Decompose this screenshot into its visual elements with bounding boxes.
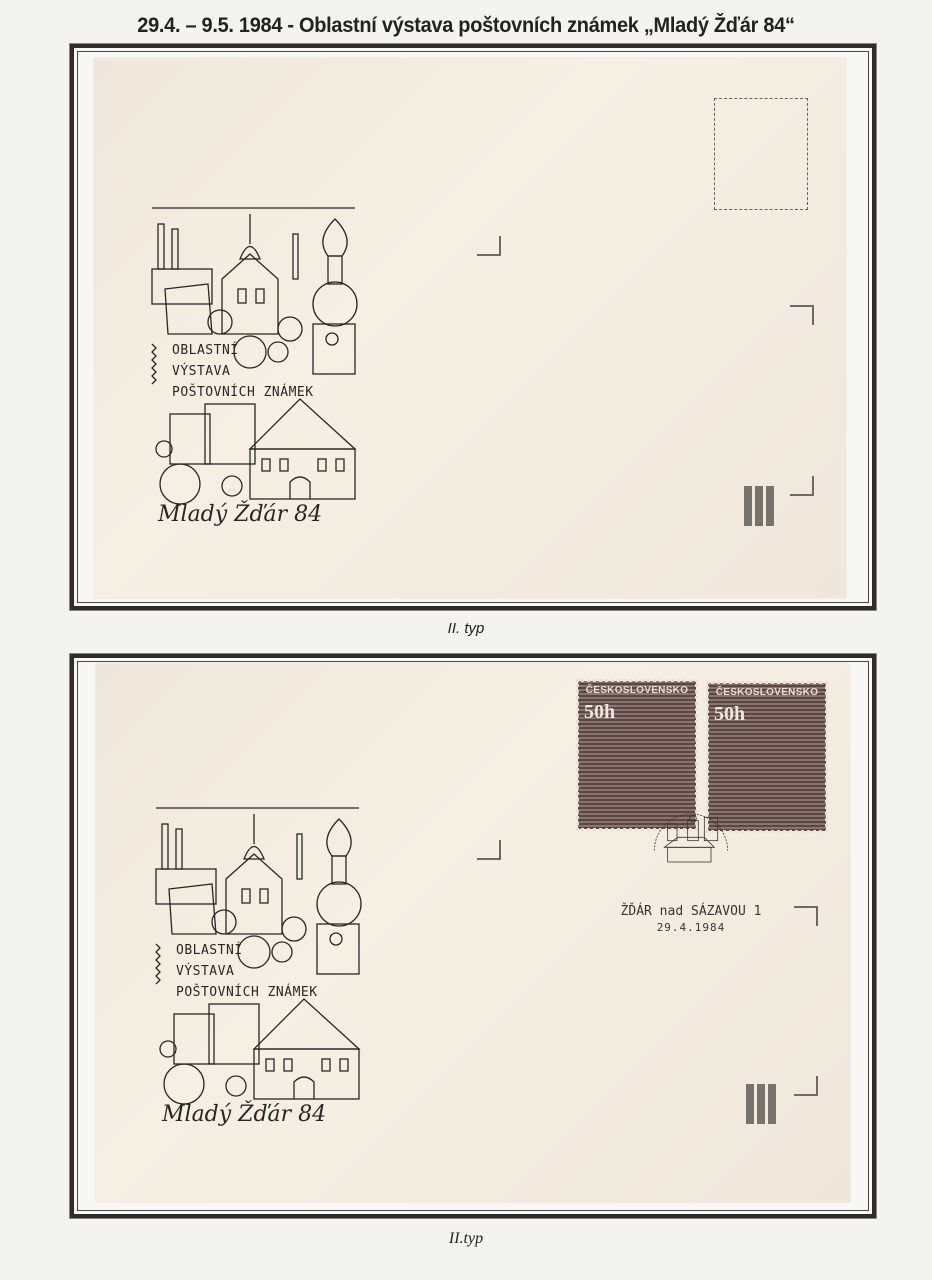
album-frame-2: ČESKOSLOVENSKO 50h ČESKOSLOVENSKO 50h ŽĎ… [70,654,876,1218]
cachet-script-title: Mladý Žďár 84 [162,1102,326,1127]
exhibition-cachet: OBLASTNÍ VÝSTAVA POŠTOVNÍCH ZNÁMEK Mladý… [154,804,364,1134]
postmark-town-icon [616,804,766,904]
corner-mark-icon [790,476,814,496]
album-frame-1: OBLASTNÍ VÝSTAVA POŠTOVNÍCH ZNÁMEK Mladý… [70,44,876,610]
corner-mark-icon [477,236,501,256]
corner-mark-icon [790,305,814,325]
page-title: 29.4. – 9.5. 1984 - Oblastní výstava poš… [23,14,908,38]
cachet-text: OBLASTNÍ VÝSTAVA POŠTOVNÍCH ZNÁMEK [158,340,314,403]
postal-code-bars-icon [746,1084,776,1124]
envelope-cover-2[interactable]: ČESKOSLOVENSKO 50h ČESKOSLOVENSKO 50h ŽĎ… [96,664,850,1202]
corner-mark-icon [794,1076,818,1096]
postal-code-bars-icon [744,486,774,526]
cover-caption: II.typ [0,1230,932,1248]
exhibition-cachet: OBLASTNÍ VÝSTAVA POŠTOVNÍCH ZNÁMEK Mladý… [150,204,360,534]
stamp-placeholder-box [714,98,808,210]
cachet-text: OBLASTNÍ VÝSTAVA POŠTOVNÍCH ZNÁMEK [162,940,318,1003]
cachet-script-title: Mladý Žďár 84 [158,502,322,527]
commemorative-postmark: ŽĎÁR nad SÁZAVOU 1 29.4.1984 [616,804,766,954]
corner-mark-icon [477,840,501,860]
envelope-cover-1[interactable]: OBLASTNÍ VÝSTAVA POŠTOVNÍCH ZNÁMEK Mladý… [94,58,846,598]
cover-caption: II. typ [0,620,932,637]
corner-mark-icon [794,906,818,926]
